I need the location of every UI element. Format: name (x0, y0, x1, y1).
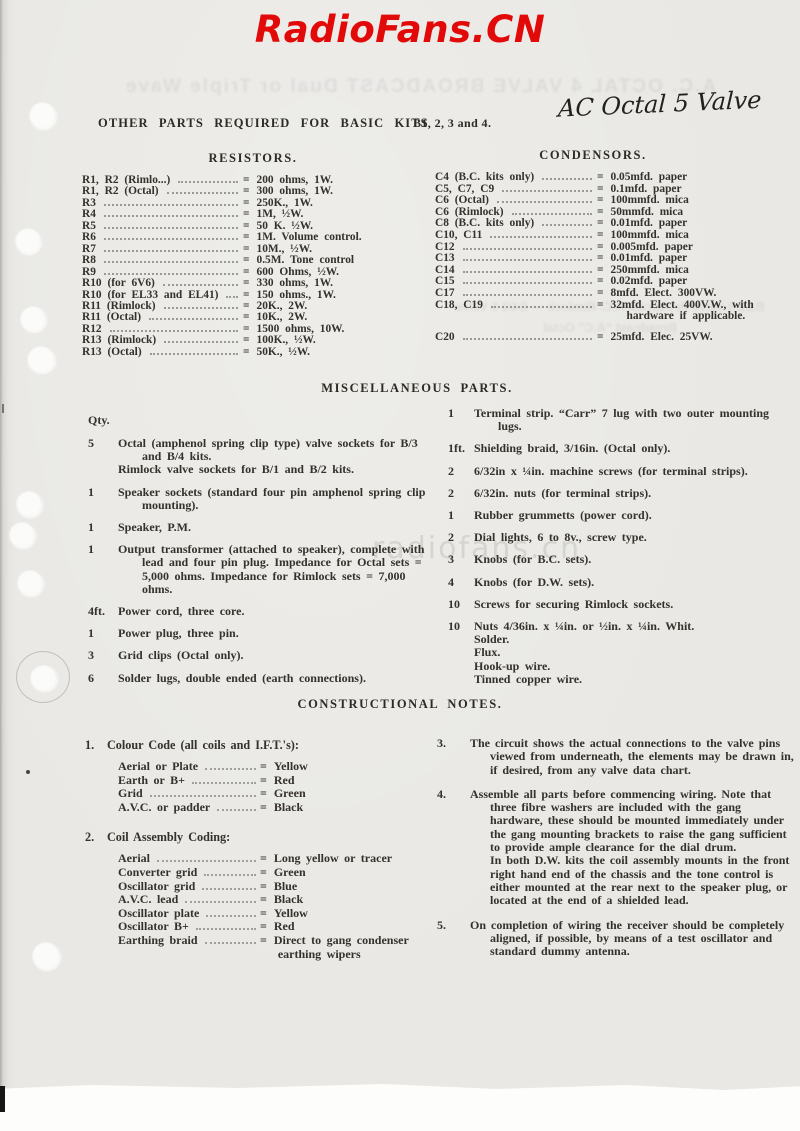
parts-row: R10 (for 6V6) = 330 ohms, 1W. (82, 278, 424, 289)
punch-hole (16, 490, 42, 516)
parts-row: R4 = 1M, ½W. (82, 209, 424, 220)
item-desc: Knobs (for D.W. sets). (474, 576, 796, 589)
notes-heading: CONSTRUCTIONAL NOTES. (0, 697, 800, 712)
equals-sign: = (260, 852, 267, 866)
item-desc: Rimlock valve sockets for B/1 and B/2 ki… (118, 463, 428, 476)
parts-row: C10, C11 = 100mmfd. mica (435, 230, 795, 242)
dot-leader (463, 293, 592, 296)
part-label: C4 (B.C. kits only) (435, 172, 534, 184)
item-qty (88, 463, 118, 476)
item-desc: Solder. (474, 633, 796, 646)
item-qty: 2 (448, 487, 474, 500)
dot-leader (149, 317, 238, 320)
misc-right-items: 1 Terminal strip. “Carr” 7 lug with two … (448, 407, 796, 686)
misc-item: 1 Terminal strip. “Carr” 7 lug with two … (448, 407, 796, 433)
dot-leader (164, 306, 238, 309)
equals-sign: = (243, 347, 250, 358)
item-desc: Hook-up wire. (474, 660, 796, 673)
parts-row: C17 = 8mfd. Elect. 300VW. (435, 288, 795, 300)
dot-leader (104, 203, 238, 206)
code-label: Earth or B+ (118, 774, 185, 788)
misc-item: 1 Speaker, P.M. (88, 521, 428, 534)
code-label: Aerial (118, 852, 150, 866)
part-value: 50K., ½W. (257, 347, 311, 358)
equals-sign: = (597, 230, 604, 242)
dot-leader (512, 212, 593, 215)
misc-item: 5 Octal (amphenol spring clip type) valv… (88, 437, 428, 463)
notes-column-right: 3. The circuit shows the actual connecti… (437, 737, 795, 969)
code-label: A.V.C. or padder (118, 801, 210, 815)
item-desc: Octal (amphenol spring clip type) valve … (118, 437, 428, 463)
misc-item: 4 Knobs (for D.W. sets). (448, 576, 796, 589)
dot-leader (104, 237, 238, 240)
dot-leader (204, 873, 256, 876)
equals-sign: = (243, 232, 250, 243)
note-number: 3. (437, 737, 470, 777)
color-code-row: Earth or B+ = Red (118, 774, 430, 788)
dot-leader (217, 808, 256, 811)
part-label: R13 (Octal) (82, 347, 142, 358)
part-label: C20 (435, 332, 455, 344)
punch-hole (32, 941, 60, 969)
dot-leader (164, 340, 238, 343)
misc-left-items: 5 Octal (amphenol spring clip type) valv… (88, 437, 428, 685)
dot-leader (104, 272, 238, 275)
dot-leader (542, 177, 592, 180)
item-qty: 2 (448, 465, 474, 478)
item-desc: Speaker, P.M. (118, 521, 428, 534)
parts-row: C4 (B.C. kits only) = 0.05mfd. paper (435, 172, 795, 184)
misc-item: Rimlock valve sockets for B/1 and B/2 ki… (88, 463, 428, 476)
misc-item: 10 Screws for securing Rimlock sockets. (448, 598, 796, 611)
resistors-rows: R1, R2 (Rimlo...) = 200 ohms, 1W. R1, R2… (82, 175, 424, 358)
dot-leader (226, 295, 238, 298)
misc-item: 2 6/32in. nuts (for terminal strips). (448, 487, 796, 500)
dot-leader (104, 260, 238, 263)
dot-leader (110, 329, 238, 332)
code-value: Black (274, 893, 430, 907)
item-qty: 4ft. (88, 605, 118, 618)
dot-leader (196, 927, 256, 930)
item-qty: 1 (448, 509, 474, 522)
misc-item: 2 Dial lights, 6 to 8v., screw type. (448, 531, 796, 544)
part-value: 32mfd. Elect. 400V.W., with hardware if … (611, 300, 796, 323)
part-value: 8mfd. Elect. 300VW. (611, 288, 717, 300)
item-qty: 4 (448, 576, 474, 589)
misc-item: Tinned copper wire. (448, 673, 796, 686)
dot-leader (463, 337, 592, 340)
color-code-row: Aerial = Long yellow or tracer (118, 852, 430, 866)
misc-column-left: Qty. 5 Octal (amphenol spring clip type)… (88, 413, 428, 694)
parts-row: C20 = 25mfd. Elec. 25VW. (435, 332, 795, 344)
part-value: 0.05mfd. paper (611, 172, 688, 184)
item-desc: Power plug, three pin. (118, 627, 428, 640)
misc-item: 1ft. Shielding braid, 3/16in. (Octal onl… (448, 442, 796, 455)
dot-leader (202, 887, 256, 890)
parts-row: R7 = 10M., ½W. (82, 244, 424, 255)
note-item: 5. On completion of wiring the receiver … (437, 919, 795, 959)
item-desc: 6/32in. nuts (for terminal strips). (474, 487, 796, 500)
misc-heading: MISCELLANEOUS PARTS. (0, 381, 800, 396)
punch-hole (29, 101, 56, 128)
logo-text: RadioFans.CN (0, 8, 800, 51)
note-text: On completion of wiring the receiver sho… (470, 919, 795, 959)
misc-item: 4ft. Power cord, three core. (88, 605, 428, 618)
item-desc: Shielding braid, 3/16in. (Octal only). (474, 442, 796, 455)
punch-hole (17, 569, 43, 595)
code-value: Green (274, 787, 430, 801)
scan-edge-mark (0, 1086, 5, 1112)
item-qty: 5 (88, 437, 118, 463)
dot-leader (463, 258, 592, 261)
equals-sign: = (597, 288, 604, 300)
scanned-page: A.C. OCTAL 4 VALVE BROADCAST Dual or Tri… (0, 0, 800, 1131)
misc-item: Flux. (448, 646, 796, 659)
punch-hole (27, 345, 55, 372)
item-qty: 1 (88, 543, 118, 596)
equals-sign: = (260, 787, 267, 801)
item-qty: 1 (88, 627, 118, 640)
punch-hole (20, 305, 46, 331)
color-code-row: Oscillator plate = Yellow (118, 907, 430, 921)
note-text: The circuit shows the actual connections… (470, 737, 795, 777)
item-desc: Nuts 4/36in. x ¼in. or ½in. x ¼in. Whit. (474, 620, 796, 633)
equals-sign: = (260, 880, 267, 894)
part-value: 0.5M. Tone control (257, 255, 355, 266)
color-code-row: A.V.C. lead = Black (118, 893, 430, 907)
dot-leader (104, 249, 238, 252)
item-desc: Dial lights, 6 to 8v., screw type. (474, 531, 796, 544)
parts-row: C18, C19 = 32mfd. Elect. 400V.W., with h… (435, 300, 795, 323)
resistors-section: RESISTORS. R1, R2 (Rimlo...) = 200 ohms,… (82, 151, 424, 358)
parts-row: R3 = 250K., 1W. (82, 198, 424, 209)
item-desc: Screws for securing Rimlock sockets. (474, 598, 796, 611)
page-title: OTHER PARTS REQUIRED FOR BASIC KITS (98, 116, 429, 131)
punch-hole (30, 664, 57, 690)
dot-leader (205, 767, 256, 770)
item-desc: Power cord, three core. (118, 605, 428, 618)
dot-leader (150, 352, 238, 355)
code-value: Green (274, 866, 430, 880)
item-qty: 6 (88, 672, 118, 685)
equals-sign: = (243, 255, 250, 266)
dot-leader (491, 305, 592, 308)
color-code-row: Earthing braid = Direct to gang condense… (118, 934, 430, 961)
item-desc: Flux. (474, 646, 796, 659)
color-code-row: Grid = Green (118, 787, 430, 801)
misc-item: 1 Power plug, three pin. (88, 627, 428, 640)
item-desc: Grid clips (Octal only). (118, 649, 428, 662)
item-desc: Tinned copper wire. (474, 673, 796, 686)
misc-item: 1 Rubber grummetts (power cord). (448, 509, 796, 522)
equals-sign: = (260, 907, 267, 921)
note-number: 4. (437, 788, 470, 908)
part-label: R10 (for 6V6) (82, 278, 155, 289)
code-value: Blue (274, 880, 430, 894)
item-desc: Speaker sockets (standard four pin amphe… (118, 486, 428, 512)
punch-hole (9, 521, 35, 547)
item-qty: 3 (88, 649, 118, 662)
dot-leader (497, 200, 592, 203)
condensors-rows: C4 (B.C. kits only) = 0.05mfd. paper C5,… (435, 172, 795, 343)
equals-sign: = (597, 253, 604, 265)
code-value: Red (274, 920, 430, 934)
ink-dot (26, 770, 30, 774)
misc-item: Solder. (448, 633, 796, 646)
parts-row: R6 = 1M. Volume control. (82, 232, 424, 243)
code-value: Long yellow or tracer (274, 852, 430, 866)
dot-leader (150, 794, 256, 797)
condensors-heading: CONDENSORS. (435, 148, 795, 163)
parts-row: C13 = 0.01mfd. paper (435, 253, 795, 265)
equals-sign: = (260, 774, 267, 788)
color-code-row: Oscillator B+ = Red (118, 920, 430, 934)
equals-sign: = (260, 760, 267, 774)
part-value: 25mfd. Elec. 25VW. (611, 332, 713, 344)
punch-hole (15, 227, 41, 253)
part-value: 1M. Volume control. (257, 232, 362, 243)
equals-sign: = (260, 893, 267, 907)
item-desc: 6/32in x ¼in. machine screws (for termin… (474, 465, 796, 478)
dot-leader (157, 859, 256, 862)
misc-item: 1 Output transformer (attached to speake… (88, 543, 428, 596)
code-value: Red (274, 774, 430, 788)
item-qty: 10 (448, 598, 474, 611)
equals-sign: = (260, 934, 267, 948)
parts-row: R11 (Octal) = 10K., 2W. (82, 312, 424, 323)
equals-sign: = (260, 920, 267, 934)
code-label: Oscillator plate (118, 907, 199, 921)
item-qty: 3 (448, 553, 474, 566)
item-qty: 10 (448, 620, 474, 633)
dot-leader (185, 900, 256, 903)
misc-item: 3 Grid clips (Octal only). (88, 649, 428, 662)
misc-item: 2 6/32in x ¼in. machine screws (for term… (448, 465, 796, 478)
note-number: 1. (85, 738, 107, 753)
note-number: 5. (437, 919, 470, 959)
note-section: 1. Colour Code (all coils and I.F.T.'s):… (85, 738, 430, 814)
code-label: A.V.C. lead (118, 893, 178, 907)
item-qty: 1 (88, 486, 118, 512)
equals-sign: = (597, 172, 604, 184)
note-item: 3. The circuit shows the actual connecti… (437, 737, 795, 777)
misc-item: Hook-up wire. (448, 660, 796, 673)
notes-column-left: 1. Colour Code (all coils and I.F.T.'s):… (85, 738, 430, 977)
dot-leader (463, 270, 592, 273)
parts-row: R13 (Octal) = 50K., ½W. (82, 347, 424, 358)
part-label: C17 (435, 288, 455, 300)
dot-leader (104, 226, 238, 229)
scan-bottom-edge (0, 1082, 800, 1131)
color-code-row: A.V.C. or padder = Black (118, 801, 430, 815)
color-code-row: Converter grid = Green (118, 866, 430, 880)
kits-reference: B1, 2, 3 and 4. (413, 116, 491, 131)
misc-column-right: 1 Terminal strip. “Carr” 7 lug with two … (448, 407, 796, 695)
item-qty (448, 646, 474, 659)
equals-sign: = (260, 801, 267, 815)
parts-row: R8 = 0.5M. Tone control (82, 255, 424, 266)
note-section: 2. Coil Assembly Coding: Aerial = Long y… (85, 830, 430, 961)
code-value: Yellow (274, 760, 430, 774)
part-label: C10, C11 (435, 230, 482, 242)
code-label: Aerial or Plate (118, 760, 198, 774)
dot-leader (206, 914, 256, 917)
item-desc: Output transformer (attached to speaker)… (118, 543, 428, 596)
misc-item: 1 Speaker sockets (standard four pin amp… (88, 486, 428, 512)
note-text: Assemble all parts before commencing wir… (470, 788, 795, 908)
code-label: Converter grid (118, 866, 197, 880)
dot-leader (167, 191, 238, 194)
code-rows: Aerial or Plate = Yellow Earth or B+ = R… (118, 760, 430, 814)
item-qty (448, 660, 474, 673)
dot-leader (490, 235, 592, 238)
part-label: R6 (82, 232, 96, 243)
dot-leader (463, 281, 592, 284)
item-qty: 1ft. (448, 442, 474, 455)
note-title: Colour Code (all coils and I.F.T.'s): (107, 738, 299, 753)
dot-leader (205, 941, 256, 944)
equals-sign: = (243, 278, 250, 289)
code-value: Black (274, 801, 430, 815)
item-desc: Knobs (for B.C. sets). (474, 553, 796, 566)
item-desc: Rubber grummetts (power cord). (474, 509, 796, 522)
part-value: 100mmfd. mica (611, 230, 689, 242)
part-label: C18, C19 (435, 300, 483, 312)
part-label: R8 (82, 255, 96, 266)
code-value: Yellow (274, 907, 430, 921)
item-desc: Solder lugs, double ended (earth connect… (118, 672, 428, 685)
code-rows: Aerial = Long yellow or tracer Converter… (118, 852, 430, 961)
condensors-section: CONDENSORS. C4 (B.C. kits only) = 0.05mf… (435, 148, 795, 343)
item-desc: Terminal strip. “Carr” 7 lug with two ou… (474, 407, 796, 433)
part-label: C13 (435, 253, 455, 265)
item-qty: 1 (88, 521, 118, 534)
equals-sign: = (597, 300, 604, 312)
item-qty (448, 633, 474, 646)
dot-leader (104, 214, 238, 217)
part-value: 330 ohms, 1W. (257, 278, 333, 289)
dot-leader (192, 781, 256, 784)
code-label: Grid (118, 787, 143, 801)
item-qty (448, 673, 474, 686)
item-qty: 2 (448, 531, 474, 544)
equals-sign: = (597, 332, 604, 344)
note-item: 4. Assemble all parts before commencing … (437, 788, 795, 908)
part-value: 0.01mfd. paper (611, 253, 688, 265)
dot-leader (502, 189, 592, 192)
note-number: 2. (85, 830, 107, 845)
qty-heading: Qty. (88, 413, 428, 428)
code-label: Earthing braid (118, 934, 198, 948)
edge-mark (2, 404, 4, 413)
color-code-row: Aerial or Plate = Yellow (118, 760, 430, 774)
dot-leader (463, 247, 592, 250)
dot-leader (178, 180, 238, 183)
parts-row: R5 = 50 K. ½W. (82, 221, 424, 232)
misc-item: 6 Solder lugs, double ended (earth conne… (88, 672, 428, 685)
equals-sign: = (260, 866, 267, 880)
code-label: Oscillator grid (118, 880, 195, 894)
dot-leader (163, 283, 238, 286)
misc-item: 3 Knobs (for B.C. sets). (448, 553, 796, 566)
color-code-row: Oscillator grid = Blue (118, 880, 430, 894)
item-qty: 1 (448, 407, 474, 433)
code-value: Direct to gang condenser earthing wipers (274, 934, 430, 961)
dot-leader (542, 223, 592, 226)
note-title: Coil Assembly Coding: (107, 830, 230, 845)
resistors-heading: RESISTORS. (82, 151, 424, 166)
code-label: Oscillator B+ (118, 920, 189, 934)
parts-row: R1, R2 (Octal) = 300 ohms, 1W. (82, 186, 424, 197)
